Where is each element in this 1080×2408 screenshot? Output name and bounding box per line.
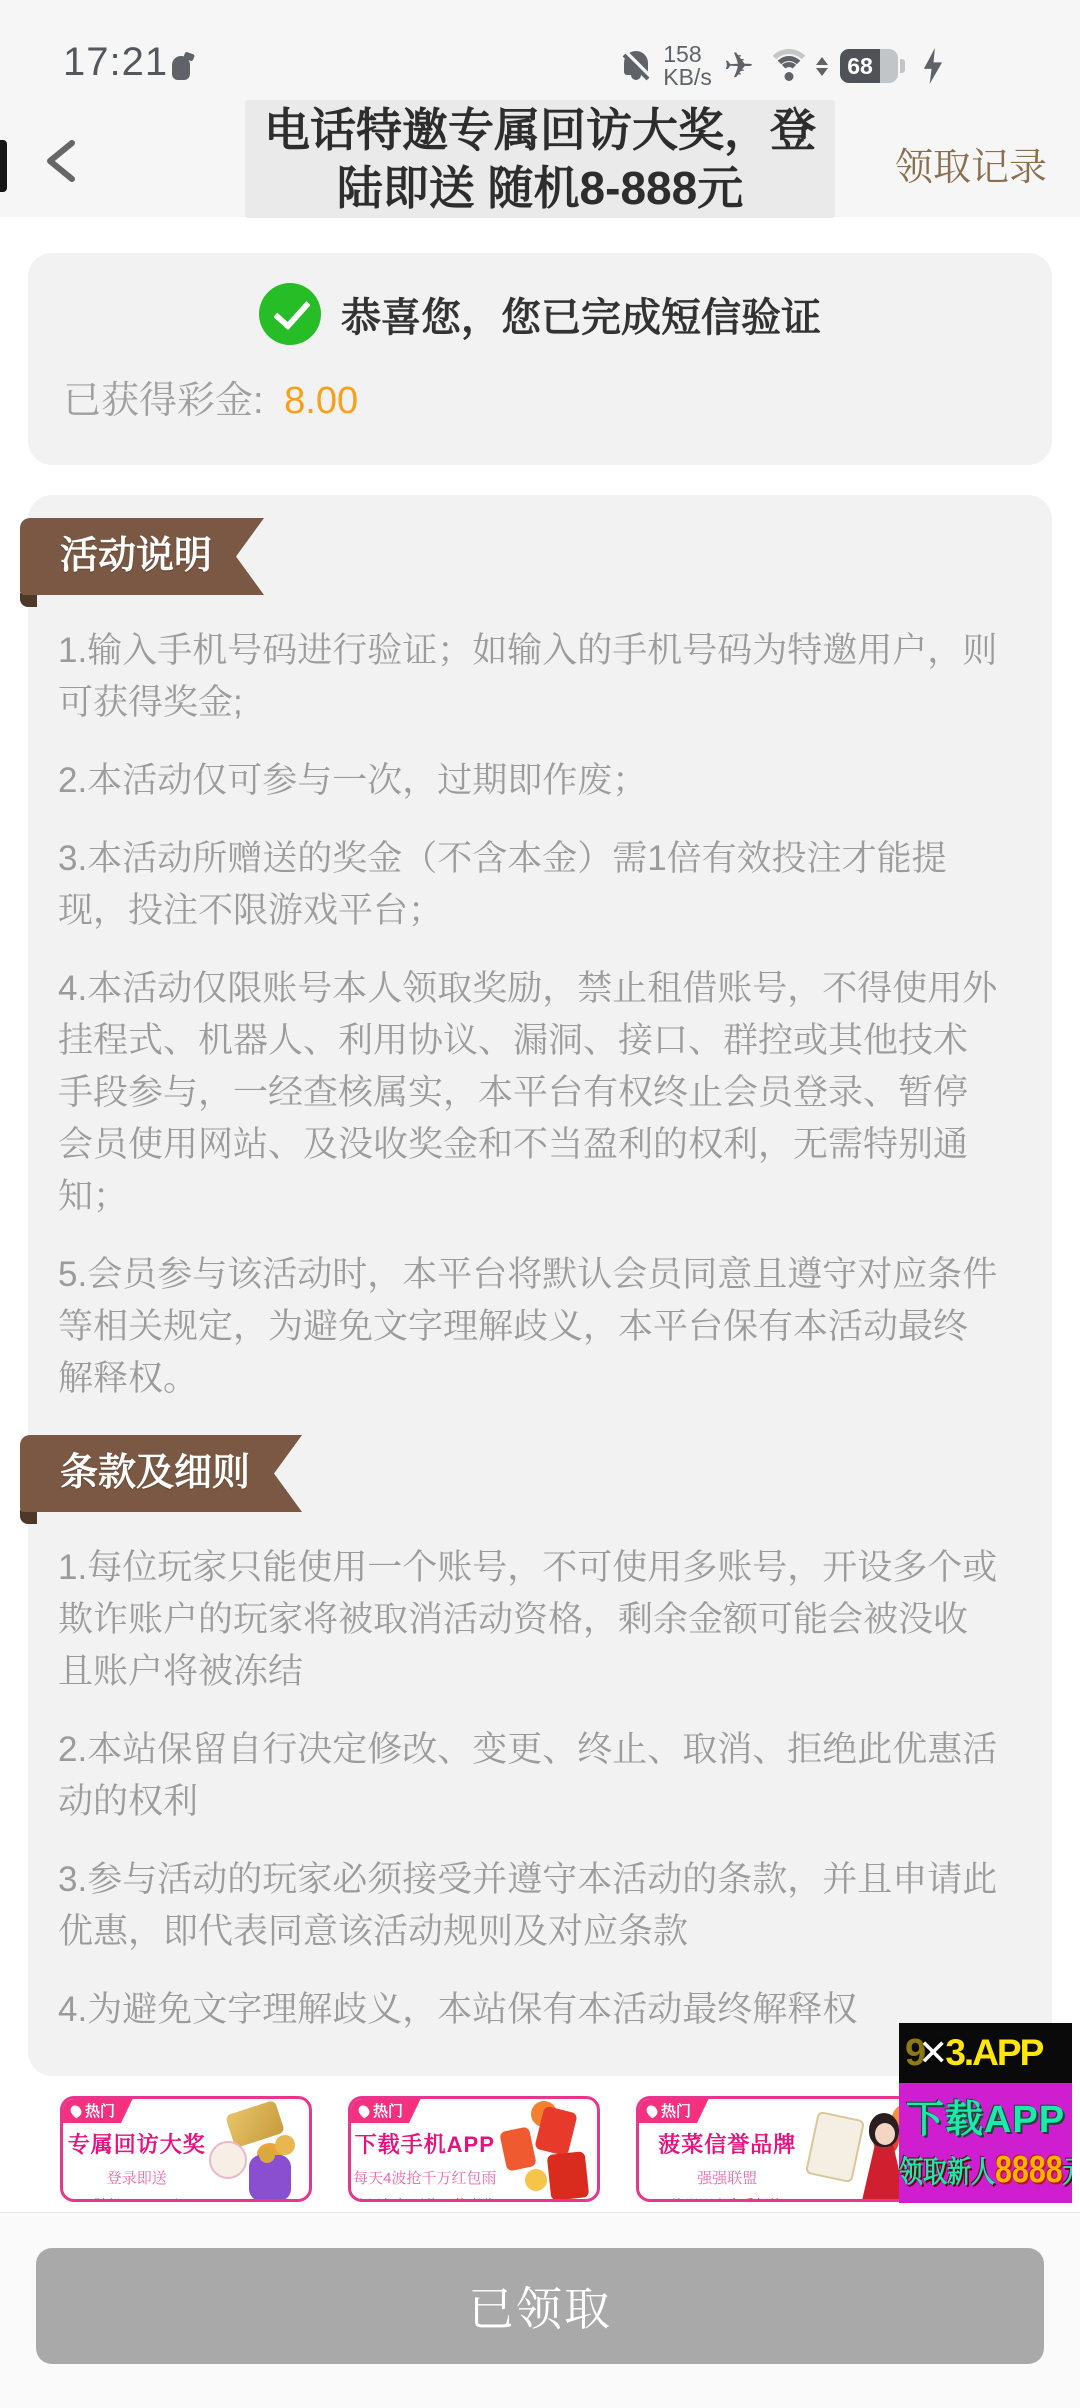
banner-illustration — [198, 2099, 309, 2199]
bonus-amount: 8.00 — [284, 380, 358, 422]
offer-highlight: 多重好礼 — [727, 2197, 783, 2202]
charging-bolt-icon — [921, 48, 945, 84]
ad-bonus-amount: 8888 — [995, 2149, 1063, 2191]
bonus-label: 已获得彩金: — [63, 380, 264, 422]
wifi-icon — [766, 49, 812, 83]
rules-card: 活动说明 1.输入手机号码进行验证；如输入的手机号码为特邀用户，则可获得奖金; … — [28, 495, 1052, 2076]
terms-rule: 2.本站保留自行决定修改、变更、终止、取消、拒绝此优惠活动的权利 — [58, 1724, 1000, 1828]
close-icon[interactable]: ✕ — [918, 2032, 948, 2074]
banner-subtitle: 登录即送 — [63, 2167, 211, 2188]
ad-offer-area: 下载APP 领取新人8888元 — [899, 2083, 1072, 2203]
offer-prefix: 随机 — [94, 2197, 126, 2202]
back-button[interactable] — [42, 138, 82, 184]
promo-page: 17:21 158 KB/s ✈ 68 — [0, 0, 1080, 2408]
vibrate-icon — [172, 56, 190, 80]
activity-rule: 3.本活动所赠送的奖金（不含本金）需1倍有效投注才能提现，投注不限游戏平台； — [58, 833, 1000, 937]
activity-rule: 5.会员参与该活动时，本平台将默认会员同意且遵守对应条件等相关规定，为避免文字理… — [58, 1249, 1000, 1405]
terms-section-header: 条款及细则 — [20, 1435, 302, 1512]
wifi-traffic-arrows-icon — [816, 57, 828, 76]
battery-nub — [900, 59, 905, 73]
ad-bonus-line: 领取新人8888元 — [899, 2147, 1037, 2192]
claim-button[interactable]: 已领取 — [36, 2248, 1044, 2364]
activity-rule: 2.本活动仅可参与一次，过期即作废； — [58, 755, 1000, 807]
chevron-left-icon — [50, 143, 72, 179]
banner-title: 菠菜信誉品牌 — [639, 2128, 815, 2159]
ad-bonus-prefix: 领取新人 — [899, 2156, 995, 2189]
ribbon-fold — [20, 593, 37, 607]
page-title-box: 电话特邀专属回访大奖，登陆即送 随机8-888元 — [245, 100, 835, 218]
terms-rule: 4.为避免文字理解歧义，本站保有本活动最终解释权 — [58, 1984, 1000, 2036]
activity-ribbon: 活动说明 — [20, 518, 264, 595]
terms-ribbon: 条款及细则 — [20, 1435, 302, 1512]
ribbon-fold — [20, 1510, 37, 1524]
network-speed-value: 158 — [663, 43, 712, 66]
floating-download-ad[interactable]: 9 ✕ 3.APP 下载APP 领取新人8888元 — [899, 2023, 1072, 2198]
offer-prefix: 幸运红包可获 — [354, 2197, 438, 2202]
verified-row: 恭喜您，您已完成短信验证 — [28, 283, 1052, 345]
banner-offer-line: 注册即享多重好礼 — [639, 2195, 815, 2202]
offer-suffix: 嘉奖 — [468, 2197, 496, 2202]
page-title: 电话特邀专属回访大奖，登陆即送 随机8-888元 — [245, 101, 835, 217]
muted-bell-icon — [621, 49, 651, 83]
activity-rule: 1.输入手机号码进行验证；如输入的手机号码为特邀用户，则可获得奖金; — [58, 625, 1000, 729]
claim-records-link[interactable]: 领取记录 — [895, 136, 1047, 191]
edge-gesture-handle — [0, 140, 7, 192]
terms-rule: 3.参与活动的玩家必须接受并遵守本活动的条款，并且申请此优惠，即代表同意该活动规… — [58, 1854, 1000, 1958]
promo-banner-row: 热门 专属回访大奖 登录即送 随机 8-888 元 热门 下载手机APP 每 — [60, 2096, 936, 2202]
ad-bonus-suffix: 元 — [1063, 2156, 1072, 2189]
bonus-row: 已获得彩金: 8.00 — [63, 369, 1052, 424]
offer-highlight: 8-888 — [126, 2197, 162, 2202]
offer-suffix: 元 — [162, 2197, 180, 2202]
offer-prefix: 注册即享 — [671, 2197, 727, 2202]
verified-message: 恭喜您，您已完成短信验证 — [341, 286, 821, 343]
status-icons: 158 KB/s ✈ 68 — [621, 40, 945, 92]
banner-exclusive-return-prize[interactable]: 热门 专属回访大奖 登录即送 随机 8-888 元 — [60, 2096, 312, 2202]
network-speed: 158 KB/s — [663, 43, 712, 89]
sms-verified-card: 恭喜您，您已完成短信验证 已获得彩金: 8.00 — [28, 253, 1052, 465]
offer-highlight: 10倍 — [438, 2197, 468, 2202]
banner-illustration — [486, 2099, 597, 2199]
banner-offer-line: 随机 8-888 元 — [63, 2195, 211, 2202]
ad-brand-suffix: 3.APP — [945, 2032, 1042, 2074]
banner-offer-line: 幸运红包可获10倍嘉奖 — [351, 2195, 499, 2202]
banner-title: 下载手机APP — [351, 2128, 499, 2159]
battery-level: 68 — [840, 49, 880, 83]
clock: 17:21 — [63, 40, 168, 85]
top-bar: 17:21 158 KB/s ✈ 68 — [0, 0, 1080, 217]
footer-bar: 已领取 — [0, 2213, 1080, 2408]
activity-rule: 4.本活动仅限账号本人领取奖励，禁止租借账号，不得使用外挂程式、机器人、利用协议… — [58, 963, 1000, 1223]
banner-title: 专属回访大奖 — [63, 2128, 211, 2159]
activity-section-header: 活动说明 — [20, 518, 264, 595]
banner-trusted-brand[interactable]: 热门 菠菜信誉品牌 强强联盟 注册即享多重好礼 — [636, 2096, 936, 2202]
ad-brand-bar: 9 ✕ 3.APP — [899, 2023, 1072, 2083]
banner-subtitle: 强强联盟 — [639, 2167, 815, 2188]
network-speed-unit: KB/s — [663, 66, 712, 89]
ad-download-label: 下载APP — [899, 2088, 1072, 2143]
banner-subtitle: 每天4波抢千万红包雨 — [351, 2167, 499, 2188]
battery-icon: 68 — [840, 49, 898, 83]
terms-rule: 1.每位玩家只能使用一个账号，不可使用多账号，开设多个或欺诈账户的玩家将被取消活… — [58, 1542, 1000, 1698]
banner-download-app[interactable]: 热门 下载手机APP 每天4波抢千万红包雨 幸运红包可获10倍嘉奖 — [348, 2096, 600, 2202]
success-check-icon — [259, 283, 321, 345]
airplane-mode-icon: ✈ — [724, 48, 754, 84]
